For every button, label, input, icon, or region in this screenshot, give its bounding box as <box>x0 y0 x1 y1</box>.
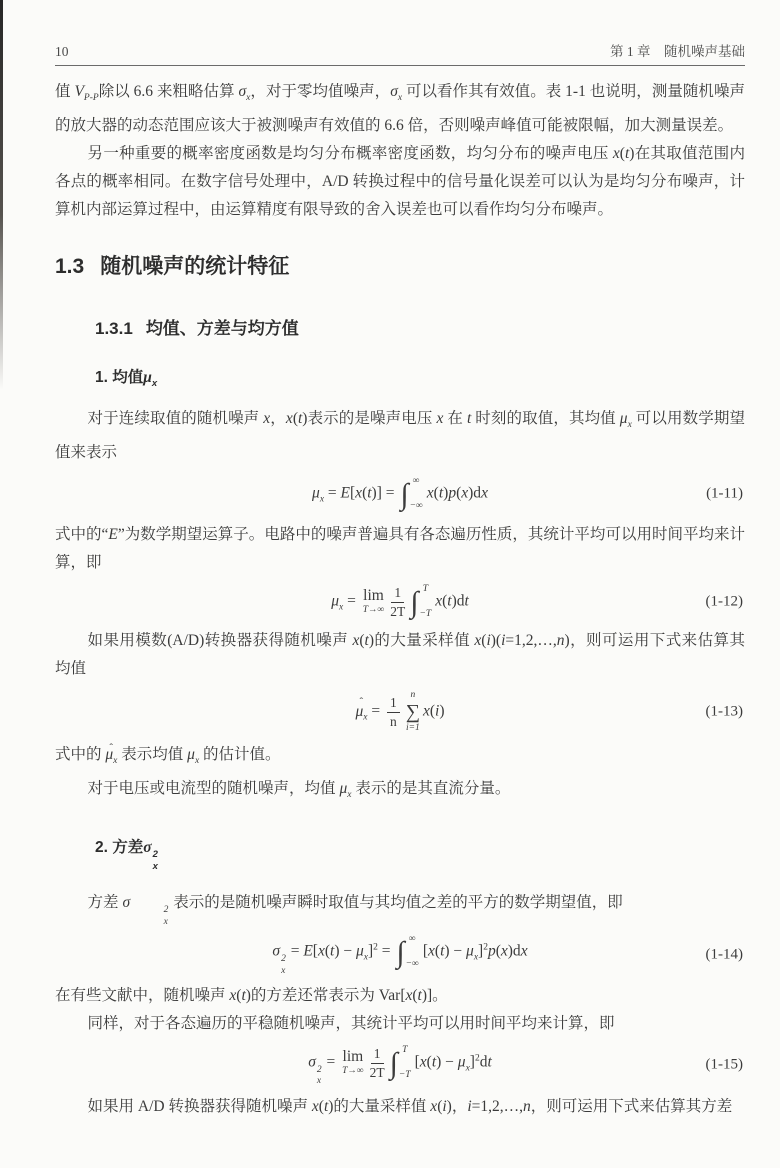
equation-number: (1-12) <box>706 594 744 611</box>
equation-1-12: μx = limT→∞12T∫T−Tx(t)dt (1-12) <box>55 583 745 621</box>
equation-number: (1-13) <box>706 704 744 721</box>
subsection-title: 均值、方差与均方值 <box>146 319 299 338</box>
equation-1-11: μx = E[x(t)] = ∫∞−∞x(t)p(x)dx (1-11) <box>55 475 745 513</box>
equation-body: ˆμx = 1nn∑i=1x(i) <box>355 691 444 733</box>
subsection-number: 1.3.1 <box>95 319 133 338</box>
paragraph-mean-intro: 对于连续取值的随机噪声 x，x(t)表示的是噪声电压 x 在 t 时刻的取值，其… <box>55 405 745 467</box>
paragraph-uniform-noise: 另一种重要的概率密度函数是均匀分布概率密度函数，均匀分布的噪声电压 x(t)在其… <box>55 140 745 224</box>
paragraph-estimate-note: 式中的 ˆμx 表示均值 μx 的估计值。 <box>55 741 745 775</box>
scan-edge-artifact <box>0 0 3 390</box>
paragraph-variance-intro: 方差 σ2x 表示的是随机噪声瞬时取值与其均值之差的平方的数学期望值，即 <box>55 889 745 927</box>
subsection-heading: 1.3.1均值、方差与均方值 <box>95 314 745 339</box>
running-title: 第 1 章 随机噪声基础 <box>610 40 745 60</box>
equation-body: σ2x = limT→∞12T∫T−T[x(t) − μx]2dt <box>308 1044 492 1087</box>
subheading-variance: 2. 方差σ2x <box>95 835 745 871</box>
equation-number: (1-15) <box>706 1057 744 1074</box>
equation-body: μx = limT→∞12T∫T−Tx(t)dt <box>331 583 469 621</box>
paragraph-expectation-operator: 式中的“E”为数学期望运算子。电路中的噪声普遍具有各态遍历性质，其统计平均可以用… <box>55 521 745 577</box>
equation-1-13: ˆμx = 1nn∑i=1x(i) (1-13) <box>55 691 745 733</box>
paragraph-dc-component: 对于电压或电流型的随机噪声，均值 μx 表示的是其直流分量。 <box>55 775 745 809</box>
equation-body: μx = E[x(t)] = ∫∞−∞x(t)p(x)dx <box>312 475 488 513</box>
page-number: 10 <box>55 44 69 60</box>
paragraph-adc-mean: 如果用模数(A/D)转换器获得随机噪声 x(t)的大量采样值 x(i)(i=1,… <box>55 627 745 683</box>
header-rule <box>55 65 745 66</box>
paragraph-opening: 值 VP-P除以 6.6 来粗略估算 σx，对于零均值噪声，σx 可以看作其有效… <box>55 78 745 140</box>
subheading-mean: 1. 均值μx <box>95 365 745 389</box>
equation-number: (1-14) <box>706 946 744 963</box>
equation-1-14: σ2x = E[x(t) − μx]2 = ∫∞−∞[x(t) − μx]2p(… <box>55 933 745 976</box>
page-content: 10 第 1 章 随机噪声基础 值 VP-P除以 6.6 来粗略估算 σx，对于… <box>55 40 745 1121</box>
paragraph-adc-variance: 如果用 A/D 转换器获得随机噪声 x(t)的大量采样值 x(i)，i=1,2,… <box>55 1093 745 1121</box>
page-header: 10 第 1 章 随机噪声基础 <box>55 40 745 60</box>
equation-1-15: σ2x = limT→∞12T∫T−T[x(t) − μx]2dt (1-15) <box>55 1044 745 1087</box>
section-heading: 1.3随机噪声的统计特征 <box>55 250 745 280</box>
section-title: 随机噪声的统计特征 <box>100 255 289 278</box>
paragraph-var-notation: 在有些文献中，随机噪声 x(t)的方差还常表示为 Var[x(t)]。 <box>55 982 745 1010</box>
equation-body: σ2x = E[x(t) − μx]2 = ∫∞−∞[x(t) − μx]2p(… <box>272 933 527 976</box>
equation-number: (1-11) <box>706 486 743 503</box>
paragraph-ergodic-time-average: 同样，对于各态遍历的平稳随机噪声，其统计平均可以用时间平均来计算，即 <box>55 1010 745 1038</box>
book-page: 10 第 1 章 随机噪声基础 值 VP-P除以 6.6 来粗略估算 σx，对于… <box>0 0 780 1168</box>
section-number: 1.3 <box>55 255 84 278</box>
